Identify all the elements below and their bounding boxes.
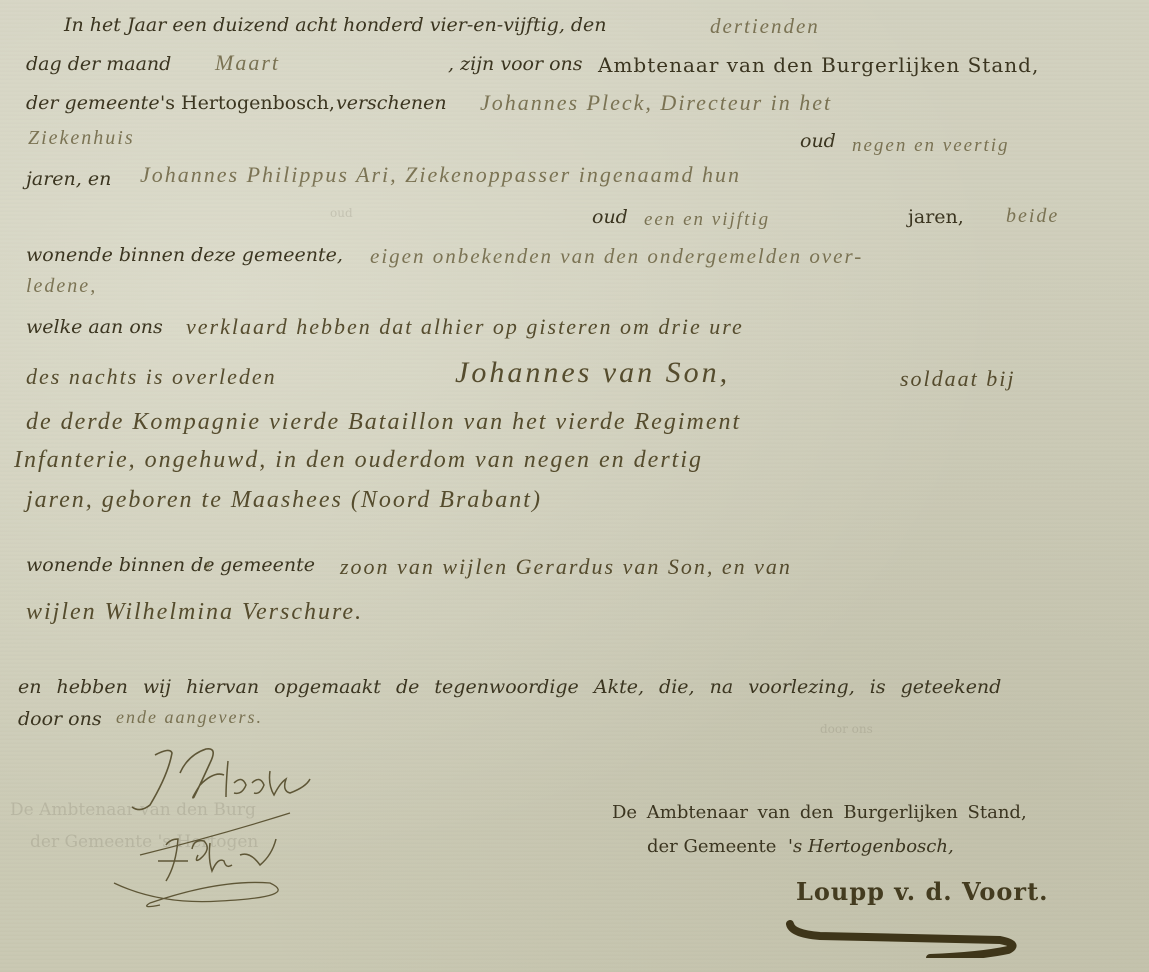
handwritten-witness2-name: Johannes Philippus Ari, Ziekenoppasser i… (140, 164, 741, 186)
handwritten-witness1-name: Johannes Pleck, Directeur in het (480, 92, 832, 114)
handwritten-signers-note: ende aangevers. (116, 708, 263, 726)
printed-verschenen: verschenen (336, 94, 447, 113)
printed-official-title-2a: der Gemeente (647, 838, 776, 856)
handwritten-declaration-1: verklaard hebben dat alhier op gisteren … (186, 316, 744, 338)
printed-zijn-voor-ons: , zijn voor ons (448, 55, 583, 74)
handwritten-soldaat-bij: soldaat bij (900, 368, 1016, 390)
printed-gemeente: gemeente (220, 556, 315, 575)
printed-line-1: In het Jaar een duizend acht honderd vie… (64, 16, 607, 35)
printed-jaren-en: jaren, en (26, 170, 111, 189)
handwritten-declaration-2: des nachts is overleden (26, 366, 277, 388)
printed-official-title-2b: 's Hertogenbosch, (788, 838, 954, 856)
printed-oud-2: oud (592, 208, 628, 227)
printed-welke-aan-ons: welke aan ons (26, 318, 163, 337)
signature-official: Loupp v. d. Voort. (796, 880, 1049, 904)
handwritten-declaration-3: de derde Kompagnie vierde Bataillon van … (26, 410, 741, 434)
printed-ambtenaar-heading: Ambtenaar van den Burgerlijken Stand, (598, 55, 1039, 75)
handwritten-correction-z: z (204, 558, 212, 574)
handwritten-witness1-age: negen en veertig (852, 136, 1010, 155)
bleed-through-oud: oud (330, 206, 353, 220)
printed-wonende-binnen-de: wonende binnen de (26, 556, 215, 575)
handwritten-relation: eigen onbekenden van den ondergemelden o… (370, 246, 863, 267)
printed-closing-line: en hebben wij hiervan opgemaakt de tegen… (18, 678, 1001, 697)
handwritten-declaration-5: jaren, geboren te Maashees (Noord Braban… (26, 488, 542, 512)
handwritten-parents-2: wijlen Wilhelmina Verschure. (26, 600, 363, 624)
printed-door-ons: door ons (18, 710, 102, 729)
printed-hertogenbosch: 's Hertogenbosch, (160, 94, 335, 113)
printed-official-title-1: De Ambtenaar van den Burgerlijken Stand, (612, 804, 1027, 822)
printed-jaren-2: jaren, (908, 208, 964, 227)
printed-der-gemeente: der gemeente (26, 94, 160, 113)
handwritten-witness1-place: Ziekenhuis (28, 128, 135, 148)
handwritten-beide: beide (1006, 206, 1059, 226)
document-page: De Ambtenaar van den Burg der Gemeente '… (0, 0, 1149, 972)
handwritten-witness2-age: een en vijftig (644, 210, 770, 229)
handwritten-declaration-4: Infanterie, ongehuwd, in den ouderdom va… (14, 448, 703, 472)
handwritten-relation-cont: ledene, (26, 276, 97, 296)
signature-witness-2: J P Ari (100, 805, 360, 925)
signature-official-underline (780, 918, 1040, 958)
printed-dag-der-maand: dag der maand (26, 55, 171, 74)
handwritten-day: dertienden (710, 16, 820, 37)
handwritten-month: Maart (215, 52, 280, 74)
bleed-through-door-ons: door ons (820, 722, 873, 736)
printed-oud-1: oud (800, 132, 836, 151)
handwritten-parents-1: zoon van wijlen Gerardus van Son, en van (340, 556, 792, 578)
handwritten-deceased-name: Johannes van Son, (455, 358, 730, 388)
printed-wonende-binnen-deze-gemeente: wonende binnen deze gemeente, (26, 246, 343, 265)
